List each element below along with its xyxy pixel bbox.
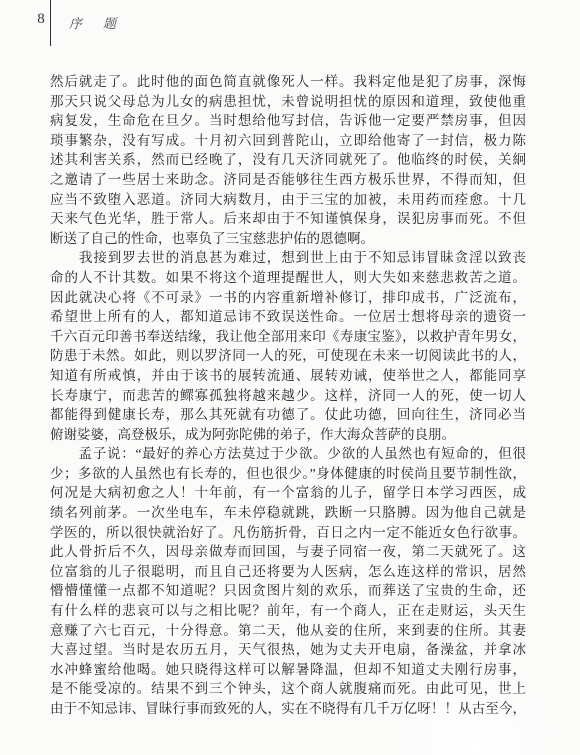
text-line: 都能得到健康长寿，那么其死就有功德了。仗此功德，回向往生，济同必当: [50, 405, 526, 425]
text-line: 俯谢娑婆，高登极乐，成为阿弥陀佛的弟子，作大海众菩萨的良朋。: [50, 425, 526, 445]
text-line: 孟子说：“最好的养心方法莫过于少欲。少欲的人虽然也有短命的，但很: [50, 444, 526, 464]
text-line: 希望世上所有的人，都知道忌讳不致误送性命。一位居士想将母亲的遗资一: [50, 307, 526, 327]
text-line: 位富翁的儿子很聪明，而且自己还将要为人医病，怎么连这样的常识，居然: [50, 562, 526, 582]
book-page: 8 序 题 然后就走了。此时他的面色简直就像死人一样。我料定他是犯了房事，深悔那…: [0, 0, 580, 755]
text-line: 应当不致堕入恶道。济同大病数月，由于三宝的加被，未用药而痊愈。十几: [50, 190, 526, 210]
header-divider: [50, 0, 51, 46]
text-line: 琐事繁杂，没有写成。十月初六回到普陀山，立即给他寄了一封信，极力陈: [50, 131, 526, 151]
text-line: 绩名列前茅。一次坐电车，车未停稳就跳，跌断一只胳膊。因为他自己就是: [50, 503, 526, 523]
text-line: 水冲蜂蜜给他喝。她只晓得这样可以解暑降温，但却不知道丈夫刚行房事，: [50, 660, 526, 680]
page-number: 8: [33, 11, 49, 28]
text-line: 然后就走了。此时他的面色简直就像死人一样。我料定他是犯了房事，深悔: [50, 72, 526, 92]
text-line: 因此就决心将《不可录》一书的内容重新增补修订，排印成书，广泛流布，: [50, 288, 526, 308]
text-line: 千六百元印善书奉送结缘，我让他全部用来印《寿康宝鉴》，以救护青年男女，: [50, 327, 526, 347]
text-line: 之邀请了一些居士来助念。济同是否能够往生西方极乐世界，不得而知，但: [50, 170, 526, 190]
text-line: 知道有所戒慎，并由于该书的展转流通、展转劝诫，使举世之人，都能同享: [50, 366, 526, 386]
text-line: 由于不知忌讳、冒昧行事而致死的人，实在不晓得有几千万亿呀！！从古至今，: [50, 699, 526, 719]
text-line: 我接到罗去世的消息甚为难过，想到世上由于不知忌讳冒昧贪淫以致丧: [50, 248, 526, 268]
text-line: 天来气色光华，胜于常人。后来却由于不知谨慎保身，误犯房事而死。不但: [50, 209, 526, 229]
text-line: 述其利害关系，然而已经晚了，没有几天济同就死了。他临终的时侯，关絅: [50, 150, 526, 170]
text-line: 防患于未然。如此，则以罗济同一人的死，可使现在未来一切阅读此书的人，: [50, 346, 526, 366]
text-line: 少；多欲的人虽然也有长寿的，但也很少。”身体健康的时侯尚且要节制性欲，: [50, 464, 526, 484]
text-line: 长寿康宁，而悲苦的鳏寡孤独将越来越少。这样，济同一人的死，使一切人: [50, 386, 526, 406]
running-head-title: 序 题: [69, 13, 120, 32]
page-body: 然后就走了。此时他的面色简直就像死人一样。我料定他是犯了房事，深悔那天只说父母总…: [50, 72, 526, 719]
text-line: 此人骨折后不久，因母亲做寿而回国，与妻子同宿一夜，第二天就死了。这: [50, 542, 526, 562]
text-line: 病复发，生命危在旦夕。当时想给他写封信，告诉他一定要严禁房事，但因: [50, 111, 526, 131]
text-line: 断送了自己的性命，也辜负了三宝慈悲护佑的恩德啊。: [50, 229, 526, 249]
text-line: 是不能受凉的。结果不到三个钟头，这个商人就腹痛而死。由此可见，世上: [50, 679, 526, 699]
text-line: 大喜过望。当时是农历五月，天气很热，她为丈夫开电扇，备澡盆，并拿冰: [50, 640, 526, 660]
text-line: 命的人不计其数。如果不将这个道理提醒世人，则大失如来慈悲救苦之道。: [50, 268, 526, 288]
text-line: 懵懵懂懂一点都不知道呢？只因贪图片刻的欢乐，而葬送了宝贵的生命，还: [50, 581, 526, 601]
text-line: 学医的，所以很快就治好了。凡伤筋折骨，百日之内一定不能近女色行欲事。: [50, 523, 526, 543]
text-line: 何况是大病初愈之人！十年前，有一个富翁的儿子，留学日本学习西医，成: [50, 483, 526, 503]
text-line: 意赚了六七百元，十分得意。第二天，他从妾的住所，来到妻的住所。其妻: [50, 621, 526, 641]
text-line: 那天只说父母总为儿女的病患担忧，未曾说明担忧的原因和道理，致使他重: [50, 92, 526, 112]
text-line: 有什么样的悲哀可以与之相比呢？前年，有一个商人，正在走财运，头天生: [50, 601, 526, 621]
